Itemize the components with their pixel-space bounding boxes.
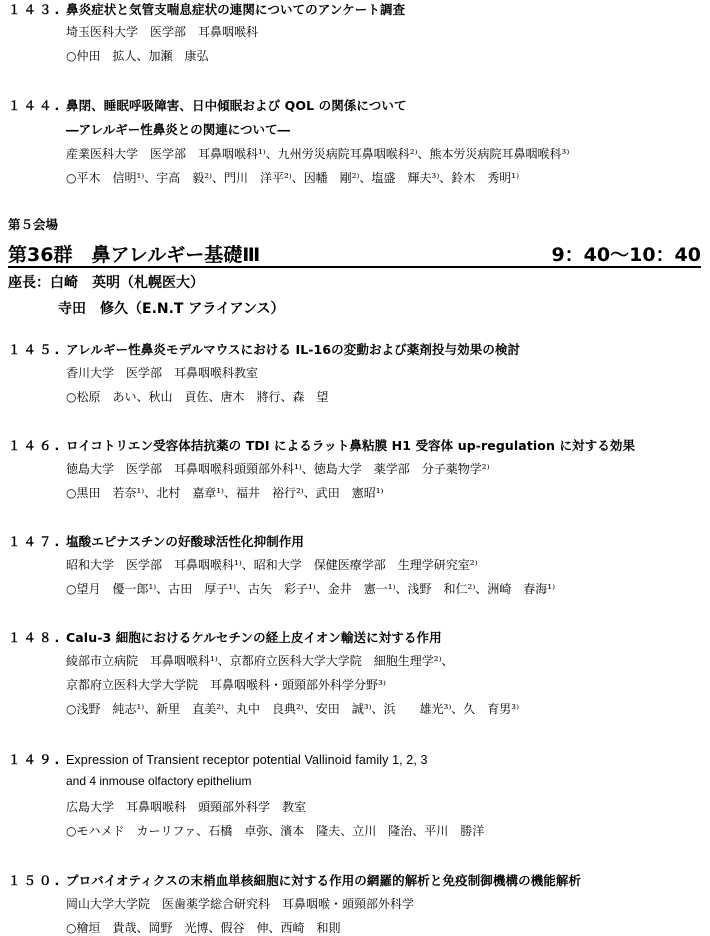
presentation-149-title: １４９.Expression of Transient receptor pot… <box>8 750 428 768</box>
presentation-145-affiliation: 香川大学 医学部 耳鼻咽喉科教室 <box>66 364 258 381</box>
presentation-145-title: １４５.アレルギー性鼻炎モデルマウスにおける IL-16の変動および薬剤投与効果… <box>8 340 520 358</box>
chair-line-1: 座長：白崎 英明（札幌医大） <box>8 272 204 292</box>
presentation-number: １４９. <box>8 750 66 768</box>
presentation-148-title: １４８.Calu-3 細胞におけるケルセチンの経上皮イオン輸送に対する作用 <box>8 628 442 646</box>
group-title: 第36群 鼻アレルギー基礎Ⅲ <box>8 244 260 266</box>
presentation-145-authors: ○松原 あい、秋山 貢佐、唐木 將行、森 望 <box>66 388 328 405</box>
presentation-number: １４４. <box>8 96 66 114</box>
presentation-148-affiliation-1: 綾部市立病院 耳鼻咽喉科¹⁾、京都府立医科大学大学院 細胞生理学²⁾、 <box>66 652 454 669</box>
presentation-143-title: １４３.鼻炎症状と気管支喘息症状の連関についてのアンケート調査 <box>8 0 405 18</box>
chair-1: 白崎 英明（札幌医大） <box>50 275 204 291</box>
presentation-147-title: １４７.塩酸エピナスチンの好酸球活性化抑制作用 <box>8 532 304 550</box>
presentation-149-affiliation: 広島大学 耳鼻咽喉科 頭頸部外科学 教室 <box>66 798 306 815</box>
presentation-148-affiliation-2: 京都府立医科大学大学院 耳鼻咽喉科・頭頸部外科学分野³⁾ <box>66 676 386 693</box>
chair-label: 座長： <box>8 275 50 291</box>
session-group-header: 第36群 鼻アレルギー基礎Ⅲ 9：40～10：40 <box>8 240 701 268</box>
presentation-144-subtitle: ―アレルギー性鼻炎との関連について― <box>66 120 290 138</box>
chair-2: 寺田 修久（E.N.T アライアンス） <box>58 298 285 318</box>
venue-label: 第５会場 <box>8 215 58 233</box>
presentation-150-title: １５０.プロバイオティクスの末梢血単核細胞に対する作用の網羅的解析と免疫制御機構… <box>8 871 581 889</box>
presentation-150-affiliation: 岡山大学大学院 医歯薬学総合研究科 耳鼻咽喉・頭頸部外科学 <box>66 895 414 912</box>
presentation-144-title: １４４.鼻閉、睡眠呼吸障害、日中傾眠および QOL の関係について <box>8 96 407 114</box>
presentation-146-affiliation: 徳島大学 医学部 耳鼻咽喉科頭頸部外科¹⁾、徳島大学 薬学部 分子薬物学²⁾ <box>66 460 490 477</box>
presentation-number: １４６. <box>8 436 66 454</box>
presentation-number: １５０. <box>8 871 66 889</box>
presentation-146-authors: ○黒田 若奈¹⁾、北村 嘉章¹⁾、福井 裕行²⁾、武田 憲昭¹⁾ <box>66 484 384 501</box>
presentation-number: １４７. <box>8 532 66 550</box>
presentation-150-authors: ○檜垣 貴哉、岡野 光博、假谷 伸、西崎 和則 <box>66 919 340 936</box>
presentation-143-affiliation: 埼玉医科大学 医学部 耳鼻咽喉科 <box>66 23 258 40</box>
presentation-149-subtitle: and 4 inmouse olfactory epithelium <box>66 774 251 788</box>
presentation-144-authors: ○平木 信明¹⁾、宇高 毅²⁾、門川 洋平²⁾、因幡 剛²⁾、塩盛 輝夫³⁾、鈴… <box>66 169 519 186</box>
presentation-149-authors: ○モハメド カーリファ、石橋 卓弥、濱本 隆夫、立川 隆治、平川 勝洋 <box>66 822 484 839</box>
presentation-144-affiliation: 産業医科大学 医学部 耳鼻咽喉科¹⁾、九州労災病院耳鼻咽喉科²⁾、熊本労災病院耳… <box>66 145 569 162</box>
presentation-147-authors: ○望月 優一郎¹⁾、古田 厚子¹⁾、古矢 彩子¹⁾、金井 憲一¹⁾、浅野 和仁²… <box>66 580 555 597</box>
presentation-147-affiliation: 昭和大学 医学部 耳鼻咽喉科¹⁾、昭和大学 保健医療学部 生理学研究室²⁾ <box>66 556 478 573</box>
presentation-number: １４８. <box>8 628 66 646</box>
presentation-number: １４３. <box>8 0 66 18</box>
presentation-148-authors: ○浅野 純志¹⁾、新里 直美²⁾、丸中 良典²⁾、安田 誠³⁾、浜 雄光³⁾、久… <box>66 700 519 717</box>
presentation-143-authors: ○仲田 拡人、加瀬 康弘 <box>66 47 208 64</box>
presentation-146-title: １４６.ロイコトリエン受容体拮抗薬の TDI によるラット鼻粘膜 H1 受容体 … <box>8 436 635 454</box>
session-time: 9：40～10：40 <box>551 240 701 267</box>
presentation-number: １４５. <box>8 340 66 358</box>
